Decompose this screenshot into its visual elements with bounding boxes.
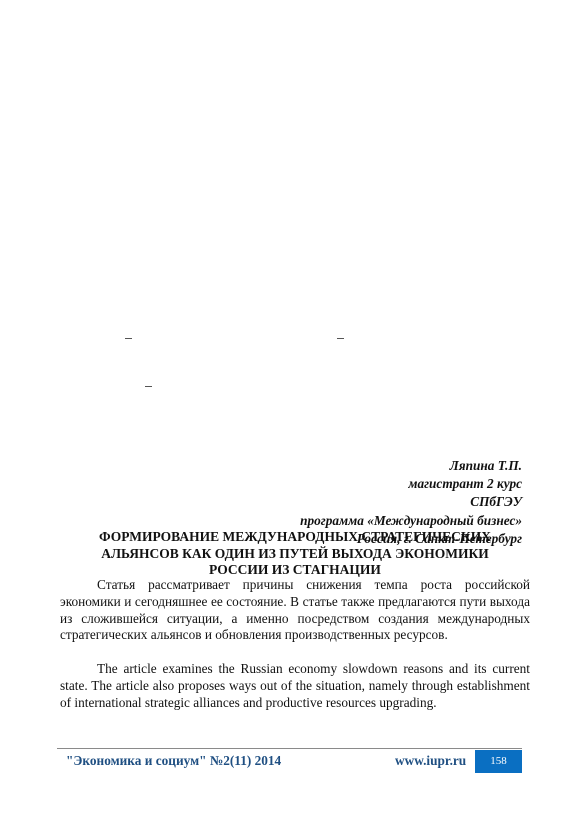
- abstract-russian: Статья рассматривает причины снижения те…: [60, 577, 530, 644]
- author-program: программа «Международный бизнес»: [300, 512, 522, 530]
- footer-journal-name: "Экономика и социум" №2(11) 2014: [66, 753, 281, 769]
- stray-dash-mark: [337, 338, 344, 339]
- stray-dash-mark: [125, 338, 132, 339]
- stray-dash-mark: [145, 386, 152, 387]
- abstract-en-text: The article examines the Russian economy…: [60, 661, 530, 711]
- abstract-english: The article examines the Russian economy…: [60, 661, 530, 711]
- footer-website-link[interactable]: www.iupr.ru: [395, 753, 466, 769]
- author-university: СПбГЭУ: [300, 493, 522, 511]
- footer-divider: [57, 748, 522, 749]
- author-name: Ляпина Т.П.: [300, 457, 522, 475]
- title-line: ФОРМИРОВАНИЕ МЕЖДУНАРОДНЫХ СТРАТЕГИЧЕСКИ…: [60, 529, 530, 546]
- title-line: АЛЬЯНСОВ КАК ОДИН ИЗ ПУТЕЙ ВЫХОДА ЭКОНОМ…: [60, 546, 530, 563]
- abstract-ru-text: Статья рассматривает причины снижения те…: [60, 577, 530, 644]
- page-number-badge: 158: [475, 750, 522, 773]
- author-position: магистрант 2 курс: [300, 475, 522, 493]
- article-title: ФОРМИРОВАНИЕ МЕЖДУНАРОДНЫХ СТРАТЕГИЧЕСКИ…: [60, 529, 530, 579]
